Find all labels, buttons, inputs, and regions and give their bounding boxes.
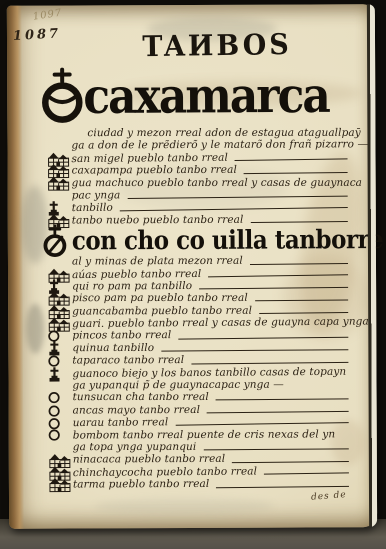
entry-row: bombom tanbo rreal puente de cris nexas … (43, 428, 355, 442)
page-title: TAИBOS (7, 27, 375, 66)
ruled-line (244, 172, 348, 174)
pueblo-buildings-icon (42, 212, 72, 228)
tanbo-circle-icon (43, 404, 73, 417)
manuscript-page: 1097 1087 TAИBOS caxamarcaciudad y mezon… (7, 4, 377, 529)
ruled-line (127, 196, 347, 199)
entry-text: pac ynga (72, 189, 121, 202)
ruled-line (250, 263, 348, 265)
entry-row: tarma pueblo tanbo rreal (43, 477, 355, 491)
ruled-line (199, 287, 348, 290)
entry-text: guancabamba pueblo tanbo rreal (72, 304, 252, 317)
entry-text: tunsucan cha tanbo rreal (73, 391, 209, 404)
entry-text: ciudad y mezon rreal adon de estagua ata… (87, 127, 360, 140)
entry-text: tarma pueblo tanbo rreal (73, 478, 209, 491)
entry-text: taparaco tanbo rreal (72, 354, 184, 367)
ruled-line (203, 449, 348, 451)
ruled-line (216, 399, 349, 401)
ruled-line (250, 221, 347, 223)
orb-cross-initial-icon (41, 67, 83, 125)
ruled-line (259, 312, 348, 314)
entry-text: al y minas de plata mezon rreal (72, 255, 243, 268)
entry-text: tanbillo (72, 202, 113, 215)
ruled-line (178, 337, 348, 340)
entry-row: caxapampa pueblo tanbo rreal (42, 163, 354, 177)
catchword: des de (311, 490, 347, 503)
entry-text: gua machuco pueblo tanbo rreal y casas d… (72, 176, 362, 189)
entry-row: quinua tanbillo (42, 342, 354, 355)
entry-row: ga topa ynga yupanqui (43, 441, 355, 454)
entry-row: pincos tanbo rreal (42, 329, 354, 343)
entry-text: pisco pam pa pueblo tanbo rreal (72, 292, 248, 305)
entry-text: caxapampa pueblo tanbo rreal (72, 164, 237, 177)
ruled-line (207, 411, 349, 413)
pueblo-buildings-icon (43, 477, 73, 493)
ruled-line (255, 300, 348, 302)
entry-text: qui ro pam pa tanbillo (72, 280, 192, 293)
section-heading-text: caxamarca (83, 67, 329, 124)
ruled-line (161, 350, 348, 352)
tanbo-circle-icon (43, 429, 73, 442)
entry-row: gua machuco pueblo tanbo rreal y casas d… (42, 176, 354, 189)
entry-row: qui ro pam pa tanbillo (42, 279, 354, 293)
section-heading-text: con cho co uilla tanborre (72, 225, 384, 257)
entry-text: bombom tanbo rreal puente de cris nexas … (73, 428, 336, 442)
entry-row: tunsucan cha tanbo rreal (43, 391, 355, 404)
ruled-line (235, 158, 348, 161)
ruled-line (208, 274, 348, 277)
section-heading-2: con cho co uilla tanborre (42, 225, 354, 255)
entry-text: uarau tanbo rreal (73, 416, 169, 429)
orb-cross-initial-icon (42, 225, 69, 258)
folio-number-pencil: 1097 (32, 8, 63, 23)
entry-row: ciudad y mezon rreal adon de estagua ata… (41, 127, 353, 140)
ruled-line (175, 423, 348, 427)
entry-text: ninacaca pueblo tanbo rreal (73, 453, 225, 466)
section-heading-1: caxamarca (41, 64, 353, 127)
entry-text: ga topa ynga yupanqui (73, 441, 197, 454)
book-gutter (7, 6, 24, 529)
ruled-line (232, 461, 349, 463)
ruled-line (264, 473, 349, 475)
entry-text: quinua tanbillo (72, 342, 154, 354)
bleedthrough-stain (94, 498, 274, 515)
ruled-line (216, 485, 349, 487)
entry-row: pisco pam pa pueblo tanbo rreal (42, 292, 354, 305)
entry-text: pincos tanbo rreal (72, 330, 171, 343)
entry-text: ancas mayo tanbo rreal (73, 404, 200, 417)
next-page-edge (367, 4, 377, 527)
entry-list: caxamarcaciudad y mezon rreal adon de es… (41, 64, 355, 491)
ruled-line (191, 361, 348, 364)
tanbo-circle-icon (43, 391, 73, 404)
pueblo-buildings-icon (42, 175, 72, 191)
manuscript-photo: 1097 1087 TAИBOS caxamarcaciudad y mezon… (0, 0, 386, 549)
ruled-line (120, 208, 348, 212)
